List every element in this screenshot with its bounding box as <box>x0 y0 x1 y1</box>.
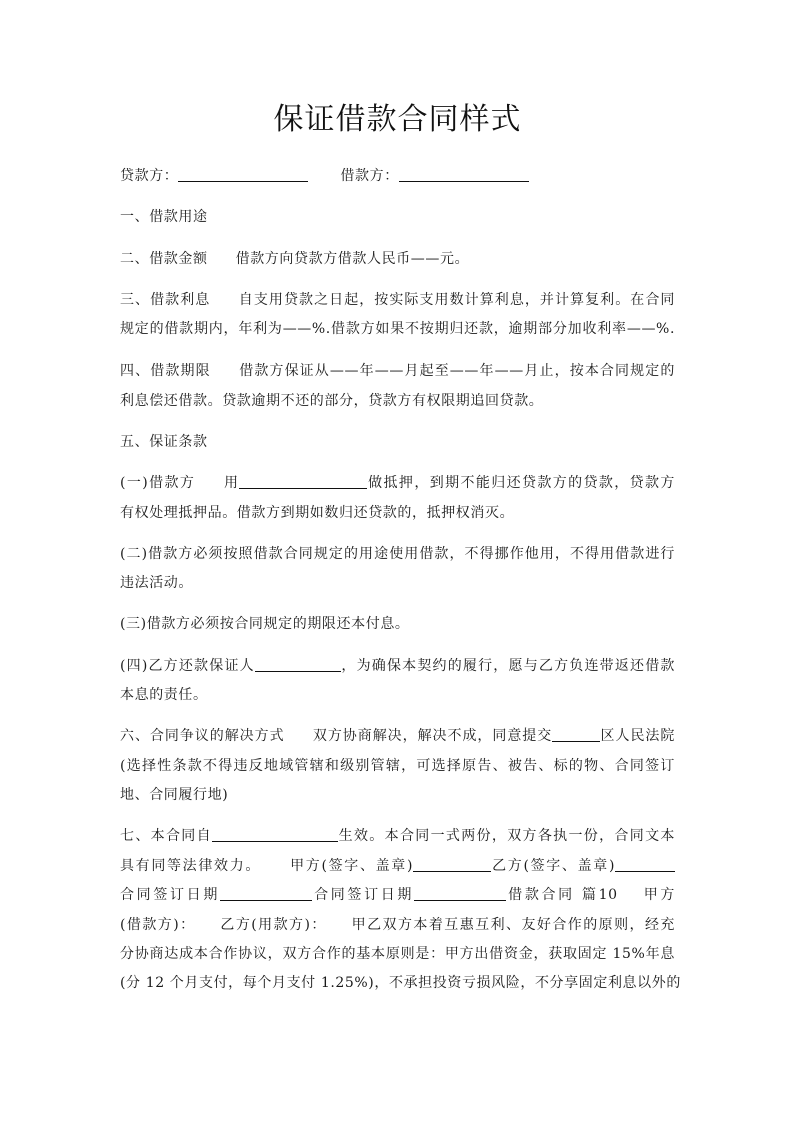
section-4-line-2: 利息偿还借款。贷款逾期不还的部分，贷款方有权限期追回贷款。 <box>120 385 675 417</box>
borrower-blank[interactable] <box>399 167 529 182</box>
party-a-sign-label: 甲方(签字、盖章) <box>289 858 413 874</box>
guarantor-blank[interactable] <box>255 657 341 672</box>
section-4-line-1: 四、借款期限借款方保证从——年——月起至——年——月止，按本合同规定的 <box>120 355 675 387</box>
section-7-line-6: (分 12 个月支付，每个月支付 1.25%)，不承担投资亏损风险，不分享固定利… <box>120 967 675 999</box>
section-4-heading: 四、借款期限 <box>120 363 211 379</box>
clause-5-1-label: (一)借款方 <box>120 475 195 491</box>
section-3-line-1: 三、借款利息自支用贷款之日起，按实际支用数计算利息，并计算复利。在合同 <box>120 284 675 316</box>
borrower-label: 借款方： <box>340 168 398 184</box>
section-7-text-c: 具有同等法律效力。 <box>120 858 261 874</box>
party-b-role: 乙方(用款方)： <box>220 917 327 933</box>
section-7-text-a: 七、本合同自 <box>120 828 212 844</box>
section-6-text-a: 双方协商解决，解决不成，同意提交 <box>313 728 553 744</box>
section-3-text: 自支用贷款之日起，按实际支用数计算利息，并计算复利。在合同 <box>238 292 675 308</box>
section-7-line-3: 合同签订日期合同签订日期借款合同 篇10甲方 <box>120 879 675 911</box>
collateral-blank[interactable] <box>239 474 367 489</box>
section-7-text-b: 生效。本合同一式两份，双方各执一份，合同文本 <box>338 828 675 844</box>
sign-date-blank-1[interactable] <box>220 886 312 901</box>
party-a-sign-blank[interactable] <box>413 857 491 872</box>
clause-5-4-line-1: (四)乙方还款保证人，为确保本契约的履行，愿与乙方负连带返还借款 <box>120 650 675 682</box>
section-2-heading: 二、借款金额 <box>120 251 208 267</box>
parties-line: 贷款方：借款方： <box>120 160 675 192</box>
section-4-text: 借款方保证从——年——月起至——年——月止，按本合同规定的 <box>239 363 675 379</box>
section-5-heading: 五、保证条款 <box>120 426 675 458</box>
section-7-line-5: 分协商达成本合作协议，双方合作的基本原则是：甲方出借资金，获取固定 15%年息 <box>120 938 675 970</box>
lender-label: 贷款方： <box>120 168 178 184</box>
clause-5-3: (三)借款方必须按合同规定的期限还本付息。 <box>120 608 675 640</box>
effective-date-blank[interactable] <box>212 827 338 842</box>
clause-5-1-text-b: 做抵押，到期不能归还贷款方的贷款，贷款方 <box>367 475 675 491</box>
document-title: 保证借款合同样式 <box>120 94 675 138</box>
party-a-role: (借款方)： <box>120 917 196 933</box>
section-1-heading: 一、借款用途 <box>120 201 675 233</box>
lender-blank[interactable] <box>178 167 308 182</box>
party-a-label: 甲方 <box>642 887 675 903</box>
section-7-line-2: 具有同等法律效力。甲方(签字、盖章)乙方(签字、盖章) <box>120 850 675 882</box>
section-3-heading: 三、借款利息 <box>120 292 210 308</box>
section-7-line-4: (借款方)：乙方(用款方)：甲乙双方本着互惠互利、友好合作的原则，经充 <box>120 909 675 941</box>
section-6-line-2: (选择性条款不得违反地域管辖和级别管辖，可选择原告、被告、标的物、合同签订 <box>120 750 675 782</box>
section-3-line-2: 规定的借款期内，年利为——%.借款方如果不按期归还款，逾期部分加收利率——%. <box>120 313 675 345</box>
party-b-sign-label: 乙方(签字、盖章) <box>491 858 615 874</box>
clause-5-1-text-a: 用 <box>223 475 239 491</box>
section-2-body: 借款方向贷款方借款人民币——元。 <box>236 251 470 267</box>
clause-5-4-text-a: (四)乙方还款保证人 <box>120 658 255 674</box>
clause-5-4-line-2: 本息的责任。 <box>120 679 675 711</box>
cooperation-text: 甲乙双方本着互惠互利、友好合作的原则，经充 <box>351 917 675 933</box>
party-b-sign-blank[interactable] <box>615 857 675 872</box>
clause-5-2-line-2: 违法活动。 <box>120 567 675 599</box>
court-blank[interactable] <box>552 727 600 742</box>
clause-5-1-line-1: (一)借款方用做抵押，到期不能归还贷款方的贷款，贷款方 <box>120 467 675 499</box>
sign-date-label-2: 合同签订日期 <box>312 887 414 903</box>
section-6-line-3: 地、合同履行地) <box>120 779 675 811</box>
section-6-heading: 六、合同争议的解决方式 <box>120 728 285 744</box>
section-6-line-1: 六、合同争议的解决方式双方协商解决，解决不成，同意提交区人民法院 <box>120 720 675 752</box>
contract-number-label: 借款合同 篇10 <box>506 887 618 903</box>
sign-date-blank-2[interactable] <box>414 886 506 901</box>
sign-date-label-1: 合同签订日期 <box>120 887 220 903</box>
clause-5-2-line-1: (二)借款方必须按照借款合同规定的用途使用借款，不得挪作他用，不得用借款进行 <box>120 538 675 570</box>
clause-5-4-text-b: ，为确保本契约的履行，愿与乙方负连带返还借款 <box>341 658 675 674</box>
clause-5-1-line-2: 有权处理抵押品。借款方到期如数归还贷款的，抵押权消灭。 <box>120 497 675 529</box>
section-2: 二、借款金额借款方向贷款方借款人民币——元。 <box>120 243 675 275</box>
section-7-line-1: 七、本合同自生效。本合同一式两份，双方各执一份，合同文本 <box>120 820 675 852</box>
section-6-text-b: 区人民法院 <box>600 728 675 744</box>
